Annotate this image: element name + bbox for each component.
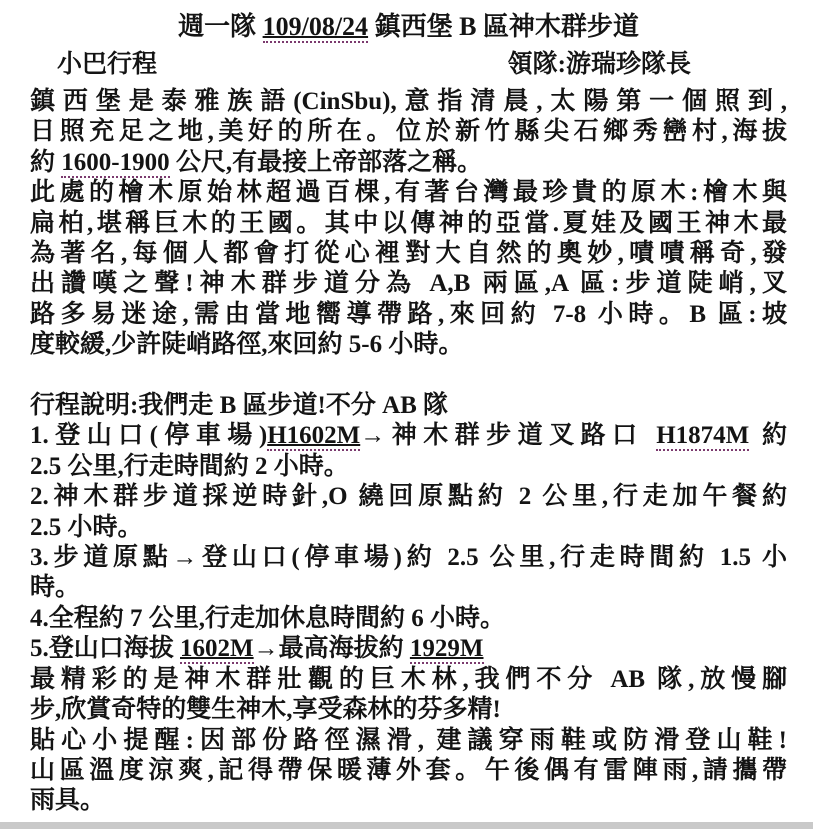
text-line: 出讚嘆之聲!神木群步道分為 A,B 兩區,A 區:步道陡峭,叉 [30, 269, 787, 299]
text-line: 貼心小提醒:因部份路徑濕滑, 建議穿雨鞋或防滑登山鞋! [30, 726, 787, 756]
text-line: 2.5 小時。 [30, 513, 787, 543]
underlined-text: 109/08/24 [263, 12, 368, 43]
paragraph: 鎮西堡是泰雅族語(CinSbu),意指清晨,太陽第一個照到,日照充足之地,美好的… [30, 87, 787, 178]
text-line: 度較緩,少許陡峭路徑,來回約 5-6 小時。 [30, 330, 787, 360]
text-segment: 雨具。 [30, 787, 105, 814]
text-line: 山區溫度涼爽,記得帶保暖薄外套。午後偶有雷陣雨,請攜帶 [30, 756, 787, 786]
text-segment: 約 [749, 422, 787, 449]
text-segment: 週一隊 [178, 12, 263, 41]
paragraph: 5.登山口海拔 1602M→最高海拔約 1929M [30, 634, 787, 664]
document-body: 鎮西堡是泰雅族語(CinSbu),意指清晨,太陽第一個照到,日照充足之地,美好的… [30, 87, 787, 817]
text-segment: 5.登山口海拔 [30, 635, 180, 662]
text-segment: 鎮西堡是泰雅族語(CinSbu),意指清晨,太陽第一個照到, [30, 88, 787, 115]
text-line: 4.全程約 7 公里,行走加休息時間約 6 小時。 [30, 604, 787, 634]
text-segment: 貼心小提醒:因部份路徑濕滑, 建議穿雨鞋或防滑登山鞋! [30, 727, 787, 754]
text-segment: 路多易迷途,需由當地嚮導帶路,來回約 7-8 小時。B 區:坡 [30, 301, 787, 328]
text-segment: →神木群步道叉路口 [360, 422, 656, 449]
text-segment: 此處的檜木原始林超過百棵,有著台灣最珍貴的原木:檜木與 [30, 179, 787, 206]
text-segment: 扁柏,堪稱巨木的王國。其中以傳神的亞當.夏娃及國王神木最 [30, 210, 787, 237]
text-line: 步,欣賞奇特的雙生神木,享受森林的芬多精! [30, 695, 787, 725]
underlined-text: 1929M [410, 635, 484, 664]
text-segment: 3.步道原點→登山口(停車場)約 2.5 公里,行走時間約 1.5 小 [30, 544, 787, 571]
paragraph: 1.登山口(停車場)H1602M→神木群步道叉路口 H1874M 約2.5 公里… [30, 421, 787, 482]
text-line: 2.神木群步道採逆時針,O 繞回原點約 2 公里,行走加午餐約 [30, 482, 787, 512]
paragraph: 行程說明:我們走 B 區步道!不分 AB 隊 [30, 391, 787, 421]
paragraph: 貼心小提醒:因部份路徑濕滑, 建議穿雨鞋或防滑登山鞋!山區溫度涼爽,記得帶保暖薄… [30, 726, 787, 817]
text-segment: 約 [30, 149, 61, 176]
text-segment: 時。 [30, 574, 80, 601]
document-window: { "window": { "background": "#ffffff", "… [0, 0, 813, 829]
text-line: 路多易迷途,需由當地嚮導帶路,來回約 7-8 小時。B 區:坡 [30, 300, 787, 330]
leader-label: 領隊:游瑞珍隊長 [508, 49, 691, 81]
text-segment: 出讚嘆之聲!神木群步道分為 A,B 兩區,A 區:步道陡峭,叉 [30, 270, 787, 297]
text-line: 此處的檜木原始林超過百棵,有著台灣最珍貴的原木:檜木與 [30, 178, 787, 208]
paragraph: 2.神木群步道採逆時針,O 繞回原點約 2 公里,行走加午餐約2.5 小時。 [30, 482, 787, 543]
text-segment: 2.5 公里,行走時間約 2 小時。 [30, 453, 349, 480]
document-title: 週一隊 109/08/24 鎮西堡 B 區神木群步道 [30, 11, 787, 43]
text-line: 最精彩的是神木群壯觀的巨木林,我們不分 AB 隊,放慢腳 [30, 665, 787, 695]
text-segment: →最高海拔約 [254, 635, 410, 662]
text-segment: 2.5 小時。 [30, 514, 143, 541]
underlined-text: H1602M [267, 422, 360, 451]
text-segment: 步,欣賞奇特的雙生神木,享受森林的芬多精! [30, 696, 501, 723]
text-segment: 為著名,每個人都會打從心裡對大自然的奧妙,嘖嘖稱奇,發 [30, 240, 787, 267]
text-line: 2.5 公里,行走時間約 2 小時。 [30, 452, 787, 482]
text-line: 為著名,每個人都會打從心裡對大自然的奧妙,嘖嘖稱奇,發 [30, 239, 787, 269]
paragraph: 此處的檜木原始林超過百棵,有著台灣最珍貴的原木:檜木與扁柏,堪稱巨木的王國。其中… [30, 178, 787, 360]
paragraph [30, 361, 787, 391]
underlined-text: H1874M [656, 422, 749, 451]
text-line: 雨具。 [30, 786, 787, 816]
underlined-text: 1600-1900 [61, 149, 169, 178]
text-segment: 山區溫度涼爽,記得帶保暖薄外套。午後偶有雷陣雨,請攜帶 [30, 757, 787, 784]
text-line: 約 1600-1900 公尺,有最接上帝部落之稱。 [30, 148, 787, 178]
text-line: 5.登山口海拔 1602M→最高海拔約 1929M [30, 634, 787, 664]
trip-type-label: 小巴行程 [57, 49, 157, 81]
text-line: 日照充足之地,美好的所在。位於新竹縣尖石鄉秀巒村,海拔 [30, 117, 787, 147]
paragraph: 4.全程約 7 公里,行走加休息時間約 6 小時。 [30, 604, 787, 634]
paragraph: 3.步道原點→登山口(停車場)約 2.5 公里,行走時間約 1.5 小時。 [30, 543, 787, 604]
text-segment: 鎮西堡 B 區神木群步道 [368, 12, 639, 41]
document-subheader: 小巴行程 領隊:游瑞珍隊長 [30, 49, 787, 81]
text-segment: 公尺,有最接上帝部落之稱。 [170, 149, 483, 176]
text-line: 1.登山口(停車場)H1602M→神木群步道叉路口 H1874M 約 [30, 421, 787, 451]
text-segment: 1.登山口(停車場) [30, 422, 267, 449]
text-line: 扁柏,堪稱巨木的王國。其中以傳神的亞當.夏娃及國王神木最 [30, 209, 787, 239]
text-line: 時。 [30, 573, 787, 603]
paragraph: 最精彩的是神木群壯觀的巨木林,我們不分 AB 隊,放慢腳步,欣賞奇特的雙生神木,… [30, 665, 787, 726]
text-segment: 2.神木群步道採逆時針,O 繞回原點約 2 公里,行走加午餐約 [30, 483, 787, 510]
text-line: 3.步道原點→登山口(停車場)約 2.5 公里,行走時間約 1.5 小 [30, 543, 787, 573]
horizontal-scrollbar[interactable] [0, 822, 813, 829]
text-line: 行程說明:我們走 B 區步道!不分 AB 隊 [30, 391, 787, 421]
text-segment: 行程說明:我們走 B 區步道!不分 AB 隊 [30, 392, 448, 419]
text-segment: 日照充足之地,美好的所在。位於新竹縣尖石鄉秀巒村,海拔 [30, 118, 787, 145]
text-segment: 度較緩,少許陡峭路徑,來回約 5-6 小時。 [30, 331, 463, 358]
text-line [30, 361, 787, 391]
underlined-text: 1602M [180, 635, 254, 664]
text-segment: 4.全程約 7 公里,行走加休息時間約 6 小時。 [30, 605, 505, 632]
document-page: 週一隊 109/08/24 鎮西堡 B 區神木群步道 小巴行程 領隊:游瑞珍隊長… [0, 0, 813, 821]
text-segment: 最精彩的是神木群壯觀的巨木林,我們不分 AB 隊,放慢腳 [30, 666, 787, 693]
text-line: 鎮西堡是泰雅族語(CinSbu),意指清晨,太陽第一個照到, [30, 87, 787, 117]
